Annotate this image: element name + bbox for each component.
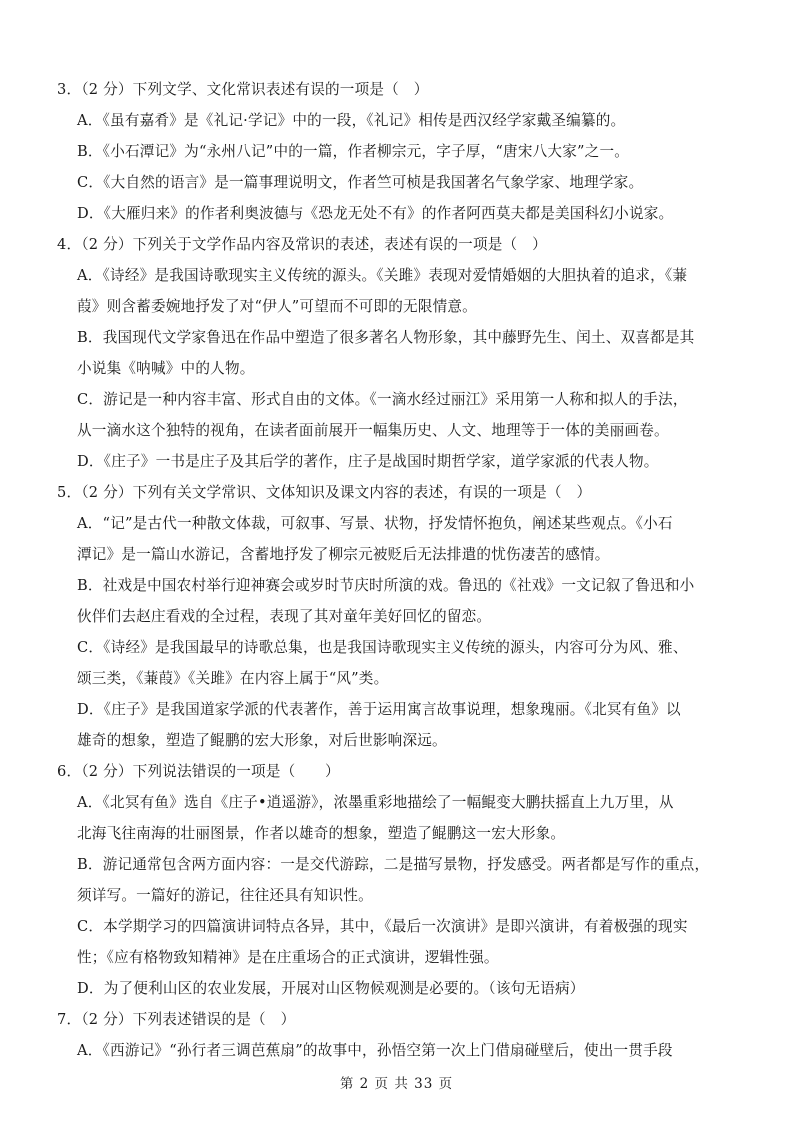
option-continuation: 潭记》是一篇山水游记，含蓄地抒发了柳宗元被贬后无法排遣的忧伤凄苦的感情。 (77, 545, 610, 565)
answer-option: C．《诗经》是我国最早的诗歌总集，也是我国诗歌现实主义传统的源头，内容可分为风、… (77, 638, 688, 658)
page-footer: 第 2 页 共 33 页 (0, 1072, 793, 1092)
option-continuation: 性；《应有格物致知精神》是在庄重场合的正式演讲，逻辑性强。 (77, 948, 499, 968)
option-continuation: 须详写。一篇好的游记，往往还具有知识性。 (77, 886, 373, 906)
answer-option: A．《西游记》“孙行者三调芭蕉扇”的故事中，孙悟空第一次上门借扇碰壁后，使出一贯… (77, 1041, 673, 1061)
option-continuation: 葭》则含蓄委婉地抒发了对“伊人”可望而不可即的无限情意。 (77, 297, 477, 317)
answer-option: D．为了便利山区的农业发展，开展对山区物候观测是必要的。（该句无语病） (77, 979, 585, 999)
answer-option: D．《庄子》一书是庄子及其后学的著作，庄子是战国时期哲学家，道学家派的代表人物。 (77, 452, 659, 472)
answer-option: C．游记是一种内容丰富、形式自由的文体。《一滴水经过丽江》采用第一人称和拟人的手… (77, 390, 688, 410)
question-stem: 4．（2 分）下列关于文学作品内容及常识的表述，表述有误的一项是（ ） (57, 235, 547, 255)
option-continuation: 雄奇的想象，塑造了鲲鹏的宏大形象，对后世影响深远。 (77, 731, 447, 751)
answer-option: B．《小石潭记》为“永州八记”中的一篇，作者柳宗元，字子厚，“唐宋八大家”之一。 (77, 142, 629, 162)
option-continuation: 伙伴们去赵庄看戏的全过程，表现了其对童年美好回忆的留恋。 (77, 607, 491, 627)
answer-option: B．我国现代文学家鲁迅在作品中塑造了很多著名人物形象，其中藤野先生、闰土、双喜都… (77, 328, 694, 348)
answer-option: C．《大自然的语言》是一篇事理说明文，作者竺可桢是我国著名气象学家、地理学家。 (77, 173, 643, 193)
answer-option: B．游记通常包含两方面内容：一是交代游踪，二是描写景物，抒发感受。两者都是写作的… (77, 855, 709, 875)
option-continuation: 小说集《呐喊》中的人物。 (77, 359, 255, 379)
option-continuation: 北海飞往南海的壮丽图景，作者以雄奇的想象，塑造了鲲鹏这一宏大形象。 (77, 824, 565, 844)
question-stem: 6．（2 分）下列说法错误的一项是（ ） (57, 762, 340, 782)
answer-option: D．《庄子》是我国道家学派的代表著作，善于运用寓言故事说理，想象瑰丽。《北冥有鱼… (77, 700, 681, 720)
question-stem: 5．（2 分）下列有关文学常识、文体知识及课文内容的表述，有误的一项是（ ） (57, 483, 591, 503)
answer-option: C．本学期学习的四篇演讲词特点各异，其中，《最后一次演讲》是即兴演讲，有着极强的… (77, 917, 688, 937)
option-continuation: 颂三类，《蒹葭》《关雎》在内容上属于“风”类。 (77, 669, 388, 689)
answer-option: A．《诗经》是我国诗歌现实主义传统的源头。《关雎》表现对爱情婚姻的大胆执着的追求… (77, 266, 687, 286)
answer-option: D．《大雁归来》的作者利奥波德与《恐龙无处不有》的作者阿西莫夫都是美国科幻小说家… (77, 204, 673, 224)
question-stem: 7．（2 分）下列表述错误的是（ ） (57, 1010, 295, 1030)
answer-option: A．《虽有嘉肴》是《礼记·学记》中的一段，《礼记》相传是西汉经学家戴圣编纂的。 (77, 111, 625, 131)
answer-option: A．“记”是古代一种散文体裁，可叙事、写景、状物，抒发情怀抱负，阐述某些观点。《… (77, 514, 673, 534)
question-stem: 3．（2 分）下列文学、文化常识表述有误的一项是（ ） (57, 80, 429, 100)
answer-option: A．《北冥有鱼》选自《庄子•逍遥游》，浓墨重彩地描绘了一幅鲲变大鹏扶摇直上九万里… (77, 793, 674, 813)
option-continuation: 从一滴水这个独特的视角，在读者面前展开一幅集历史、人文、地理等于一体的美丽画卷。 (77, 421, 669, 441)
answer-option: B．社戏是中国农村举行迎神赛会或岁时节庆时所演的戏。鲁迅的《社戏》一文记叙了鲁迅… (77, 576, 694, 596)
document-page: 3．（2 分）下列文学、文化常识表述有误的一项是（ ）A．《虽有嘉肴》是《礼记·… (0, 0, 793, 1122)
